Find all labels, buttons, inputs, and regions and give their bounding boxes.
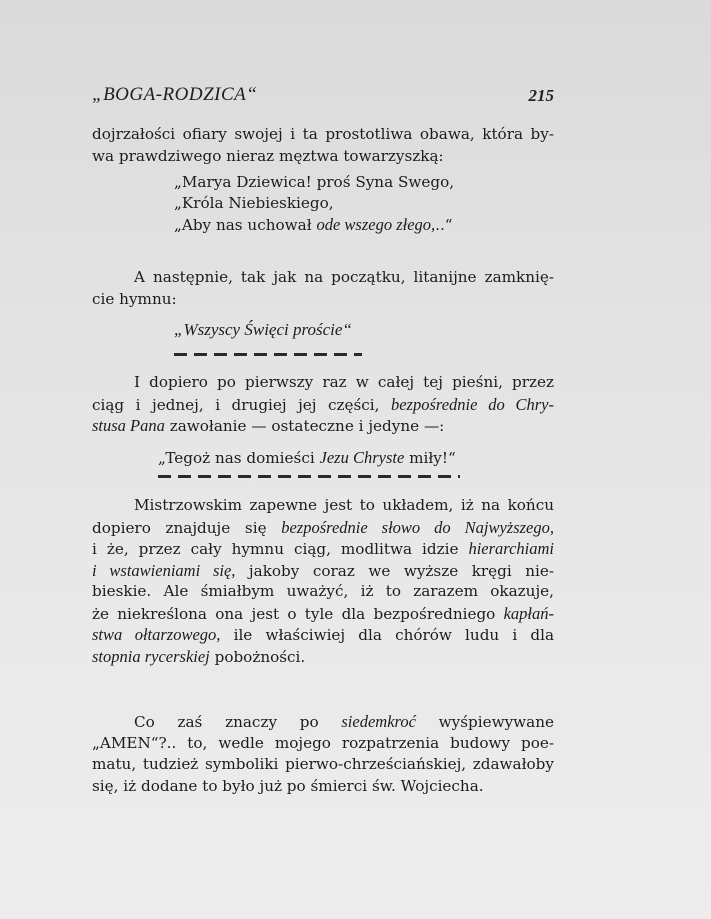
paragraph-3: I dopiero po pierwszy raz w całej tej pi… xyxy=(92,372,554,437)
text-line: cie hymnu: xyxy=(92,289,554,311)
verse-text: miły!“ xyxy=(404,449,455,467)
emphasis: siedemkroć xyxy=(341,712,416,731)
text-line: stusa Pana zawołanie — ostateczne i jedy… xyxy=(92,415,554,437)
paragraph-5: Co zaś znaczy po siedemkroć wyśpiewywane… xyxy=(92,711,554,797)
emphasis: stwa ołtarzowego, xyxy=(92,625,220,644)
emphasis: bezpośrednie słowo do Najwyższego, xyxy=(281,518,554,537)
verse-quote-3: „Tegoż nas domieści Jezu Chryste miły!“ xyxy=(158,447,456,469)
verse-text: „Aby nas uchował xyxy=(174,216,316,234)
text-line: że niekreślona ona jest o tyle dla bezpo… xyxy=(92,603,554,625)
text-span: zawołanie — ostateczne i jedyne —: xyxy=(165,417,444,435)
text-line: dojrzałości ofiary swojej i ta prostotli… xyxy=(92,124,554,146)
paragraph-4: Mistrzowskim zapewne jest to układem, iż… xyxy=(92,495,554,667)
book-page: „BOGA-RODZICA“ 215 dojrzałości ofiary sw… xyxy=(0,0,711,919)
text-line: Mistrzowskim zapewne jest to układem, iż… xyxy=(92,495,554,517)
text-span: pobożności. xyxy=(210,648,305,666)
running-head: „BOGA-RODZICA“ 215 xyxy=(92,84,554,108)
dash-rule xyxy=(174,353,362,356)
verse-text: ..“ xyxy=(435,216,452,234)
text-line: bieskie. Ale śmiałbym uważyć, iż to zara… xyxy=(92,581,554,603)
verse-line: „Króla Niebieskiego, xyxy=(174,193,454,214)
dash-rule xyxy=(158,475,460,478)
text-span: dopiero znajduje się xyxy=(92,519,281,537)
verse-quote-1: „Marya Dziewica! proś Syna Swego, „Króla… xyxy=(174,172,454,236)
text-span: i że, przez cały hymnu ciąg, modlitwa id… xyxy=(92,540,468,558)
verse-emphasis: ode wszego złego, xyxy=(316,215,435,234)
emphasis: hierarchiami xyxy=(468,539,554,558)
emphasis: kapłań- xyxy=(504,604,554,623)
emphasis: bezpośrednie do Chry- xyxy=(391,395,554,414)
text-line: stopnia rycerskiej pobożności. xyxy=(92,646,554,668)
text-line: ciąg i jednej, i drugiej jej części, bez… xyxy=(92,394,554,416)
emphasis: stusa Pana xyxy=(92,416,165,435)
verse-emphasis: Jezu Chryste xyxy=(320,448,405,467)
running-title: „BOGA-RODZICA“ xyxy=(92,84,257,106)
paragraph-2: A następnie, tak jak na początku, litani… xyxy=(92,267,554,310)
emphasis: i wstawieniami się, xyxy=(92,561,235,580)
text-span: że niekreślona ona jest o tyle dla bezpo… xyxy=(92,605,504,623)
verse-quote-2: „Wszyscy Święci proście“ xyxy=(174,319,352,340)
verse-line: „Aby nas uchował ode wszego złego,..“ xyxy=(174,214,454,236)
text-line: się, iż dodane to było już po śmierci św… xyxy=(92,776,554,798)
emphasis: stopnia rycerskiej xyxy=(92,647,210,666)
text-line: stwa ołtarzowego, ile właściwiej dla chó… xyxy=(92,624,554,646)
text-span: ciąg i jednej, i drugiej jej części, xyxy=(92,396,391,414)
verse-text: „Tegoż nas domieści xyxy=(158,449,320,467)
text-line: A następnie, tak jak na początku, litani… xyxy=(92,267,554,289)
verse-line: „Tegoż nas domieści Jezu Chryste miły!“ xyxy=(158,447,456,469)
text-line: i że, przez cały hymnu ciąg, modlitwa id… xyxy=(92,538,554,560)
text-line: dopiero znajduje się bezpośrednie słowo … xyxy=(92,517,554,539)
text-span: ile właściwiej dla chórów ludu i dla xyxy=(220,626,554,644)
text-span: Co zaś znaczy po xyxy=(134,713,341,731)
verse-line: „Marya Dziewica! proś Syna Swego, xyxy=(174,172,454,193)
text-line: matu, tudzież symboliki pierwo-chrześcia… xyxy=(92,754,554,776)
text-line: „AMEN“?.. to, wedle mojego rozpatrzenia … xyxy=(92,733,554,755)
text-line: wa prawdziwego nieraz męztwa towarzyszką… xyxy=(92,146,554,168)
text-line: i wstawieniami się, jakoby coraz we wyżs… xyxy=(92,560,554,582)
text-span: jakoby coraz we wyższe kręgi nie- xyxy=(235,562,554,580)
paragraph-1: dojrzałości ofiary swojej i ta prostotli… xyxy=(92,124,554,167)
text-span: wyśpiewywane xyxy=(416,713,554,731)
text-line: I dopiero po pierwszy raz w całej tej pi… xyxy=(92,372,554,394)
page-number: 215 xyxy=(529,86,555,106)
text-line: Co zaś znaczy po siedemkroć wyśpiewywane xyxy=(92,711,554,733)
